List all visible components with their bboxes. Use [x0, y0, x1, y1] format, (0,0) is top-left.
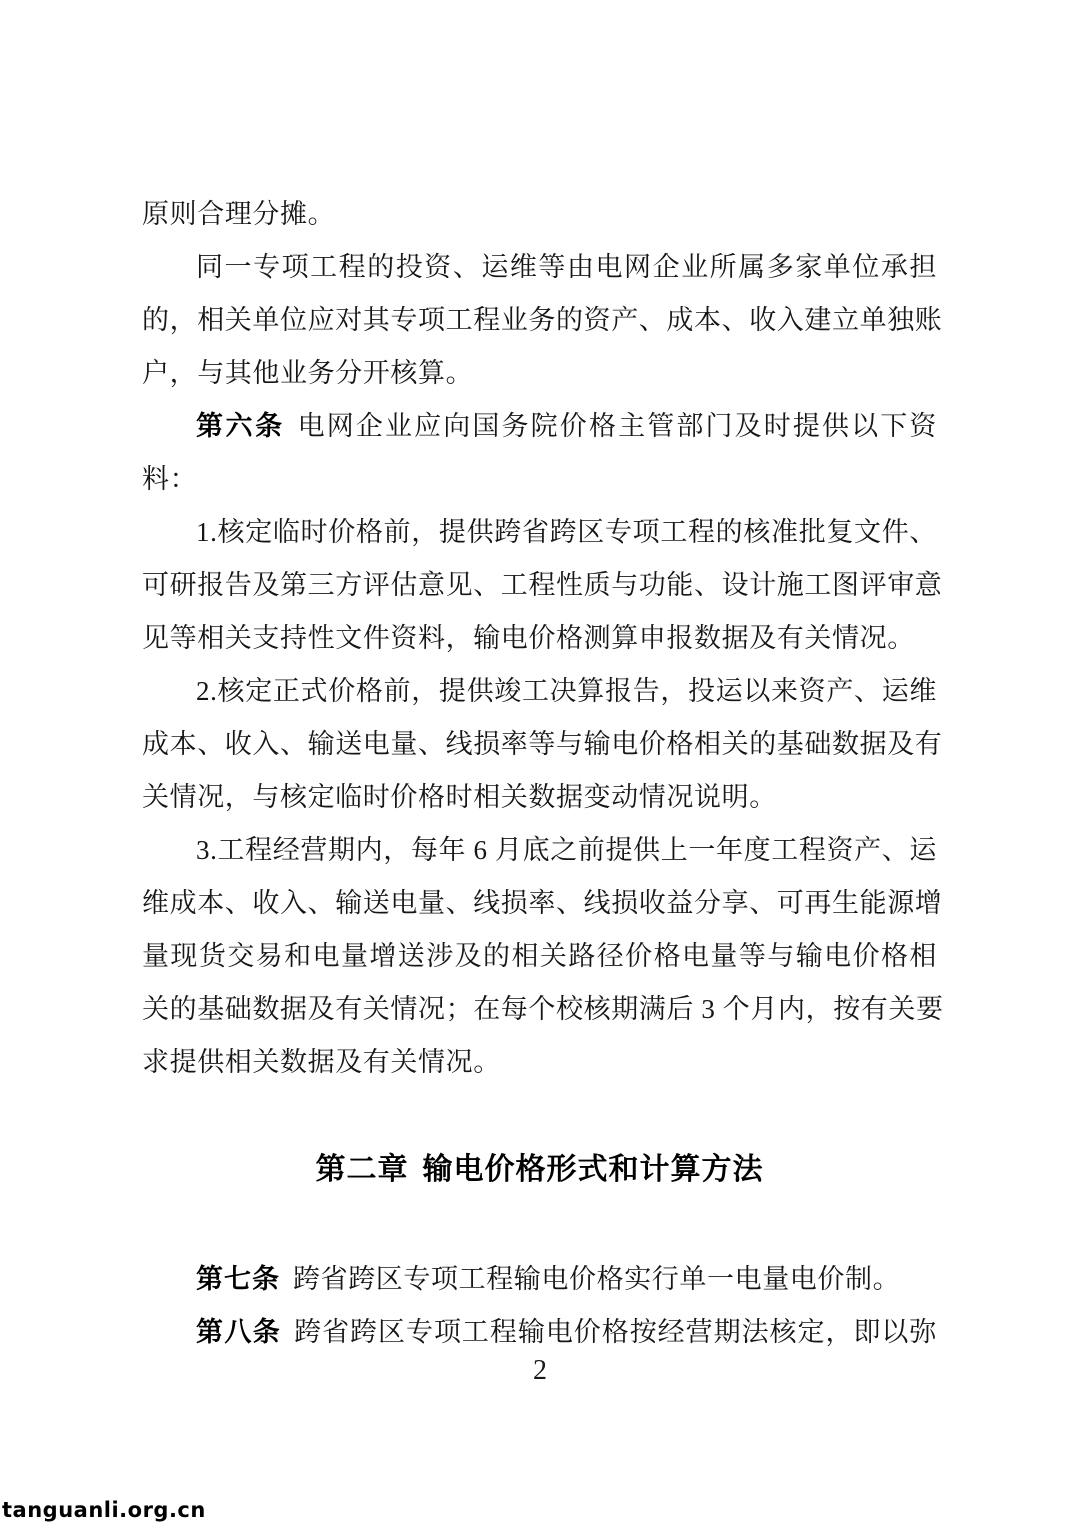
text-line: 关的基础数据及有关情况；在每个校核期满后 3 个月内，按有关要	[142, 983, 937, 1036]
text-line: 原则合理分摊。	[142, 188, 937, 241]
document-body: 原则合理分摊。 同一专项工程的投资、运维等由电网企业所属多家单位承担 的，相关单…	[142, 188, 937, 1359]
text-line: 3.工程经营期内，每年 6 月底之前提供上一年度工程资产、运	[142, 824, 937, 877]
article-8-label: 第八条	[196, 1317, 281, 1347]
article-6-label: 第六条	[196, 411, 285, 441]
article-6-text: 电网企业应向国务院价格主管部门及时提供以下资	[298, 411, 937, 441]
text-line: 第七条跨省跨区专项工程输电价格实行单一电量电价制。	[142, 1253, 937, 1306]
article-8: 第八条跨省跨区专项工程输电价格按经营期法核定，即以弥	[142, 1306, 937, 1359]
text-line: 量现货交易和电量增送涉及的相关路径价格电量等与输电价格相	[142, 930, 937, 983]
text-line: 料：	[142, 453, 937, 506]
article-6-item-3: 3.工程经营期内，每年 6 月底之前提供上一年度工程资产、运 维成本、收入、输送…	[142, 824, 937, 1089]
chapter-2-heading: 第二章输电价格形式和计算方法	[142, 1143, 937, 1196]
article-8-text: 跨省跨区专项工程输电价格按经营期法核定，即以弥	[294, 1317, 937, 1347]
text-line: 户，与其他业务分开核算。	[142, 347, 937, 400]
chapter-2-number: 第二章	[316, 1153, 409, 1186]
article-6: 第六条电网企业应向国务院价格主管部门及时提供以下资 料：	[142, 400, 937, 506]
article-6-item-1: 1.核定临时价格前，提供跨省跨区专项工程的核准批复文件、 可研报告及第三方评估意…	[142, 506, 937, 665]
watermark-url: tanguanli.org.cn	[2, 1498, 206, 1522]
article-7-text: 跨省跨区专项工程输电价格实行单一电量电价制。	[293, 1264, 900, 1294]
article-6-item-2: 2.核定正式价格前，提供竣工决算报告，投运以来资产、运维 成本、收入、输送电量、…	[142, 665, 937, 824]
text-line: 维成本、收入、输送电量、线损率、线损收益分享、可再生能源增	[142, 877, 937, 930]
article-7-label: 第七条	[196, 1264, 280, 1294]
text-line: 可研报告及第三方评估意见、工程性质与功能、设计施工图评审意	[142, 559, 937, 612]
text-line: 求提供相关数据及有关情况。	[142, 1036, 937, 1089]
text-line: 1.核定临时价格前，提供跨省跨区专项工程的核准批复文件、	[142, 506, 937, 559]
paragraph-carryover: 原则合理分摊。	[142, 188, 937, 241]
text-line: 关情况，与核定临时价格时相关数据变动情况说明。	[142, 771, 937, 824]
text-line: 的，相关单位应对其专项工程业务的资产、成本、收入建立单独账	[142, 294, 937, 347]
document-page: 原则合理分摊。 同一专项工程的投资、运维等由电网企业所属多家单位承担 的，相关单…	[0, 0, 1080, 1527]
paragraph-shared-project-units: 同一专项工程的投资、运维等由电网企业所属多家单位承担 的，相关单位应对其专项工程…	[142, 241, 937, 400]
text-line: 2.核定正式价格前，提供竣工决算报告，投运以来资产、运维	[142, 665, 937, 718]
chapter-2-title: 输电价格形式和计算方法	[423, 1153, 764, 1186]
text-line: 见等相关支持性文件资料，输电价格测算申报数据及有关情况。	[142, 612, 937, 665]
text-line: 第八条跨省跨区专项工程输电价格按经营期法核定，即以弥	[142, 1306, 937, 1359]
text-line: 同一专项工程的投资、运维等由电网企业所属多家单位承担	[142, 241, 937, 294]
text-line: 成本、收入、输送电量、线损率等与输电价格相关的基础数据及有	[142, 718, 937, 771]
article-7: 第七条跨省跨区专项工程输电价格实行单一电量电价制。	[142, 1253, 937, 1306]
text-line: 第六条电网企业应向国务院价格主管部门及时提供以下资	[142, 400, 937, 453]
page-number: 2	[0, 1355, 1080, 1387]
